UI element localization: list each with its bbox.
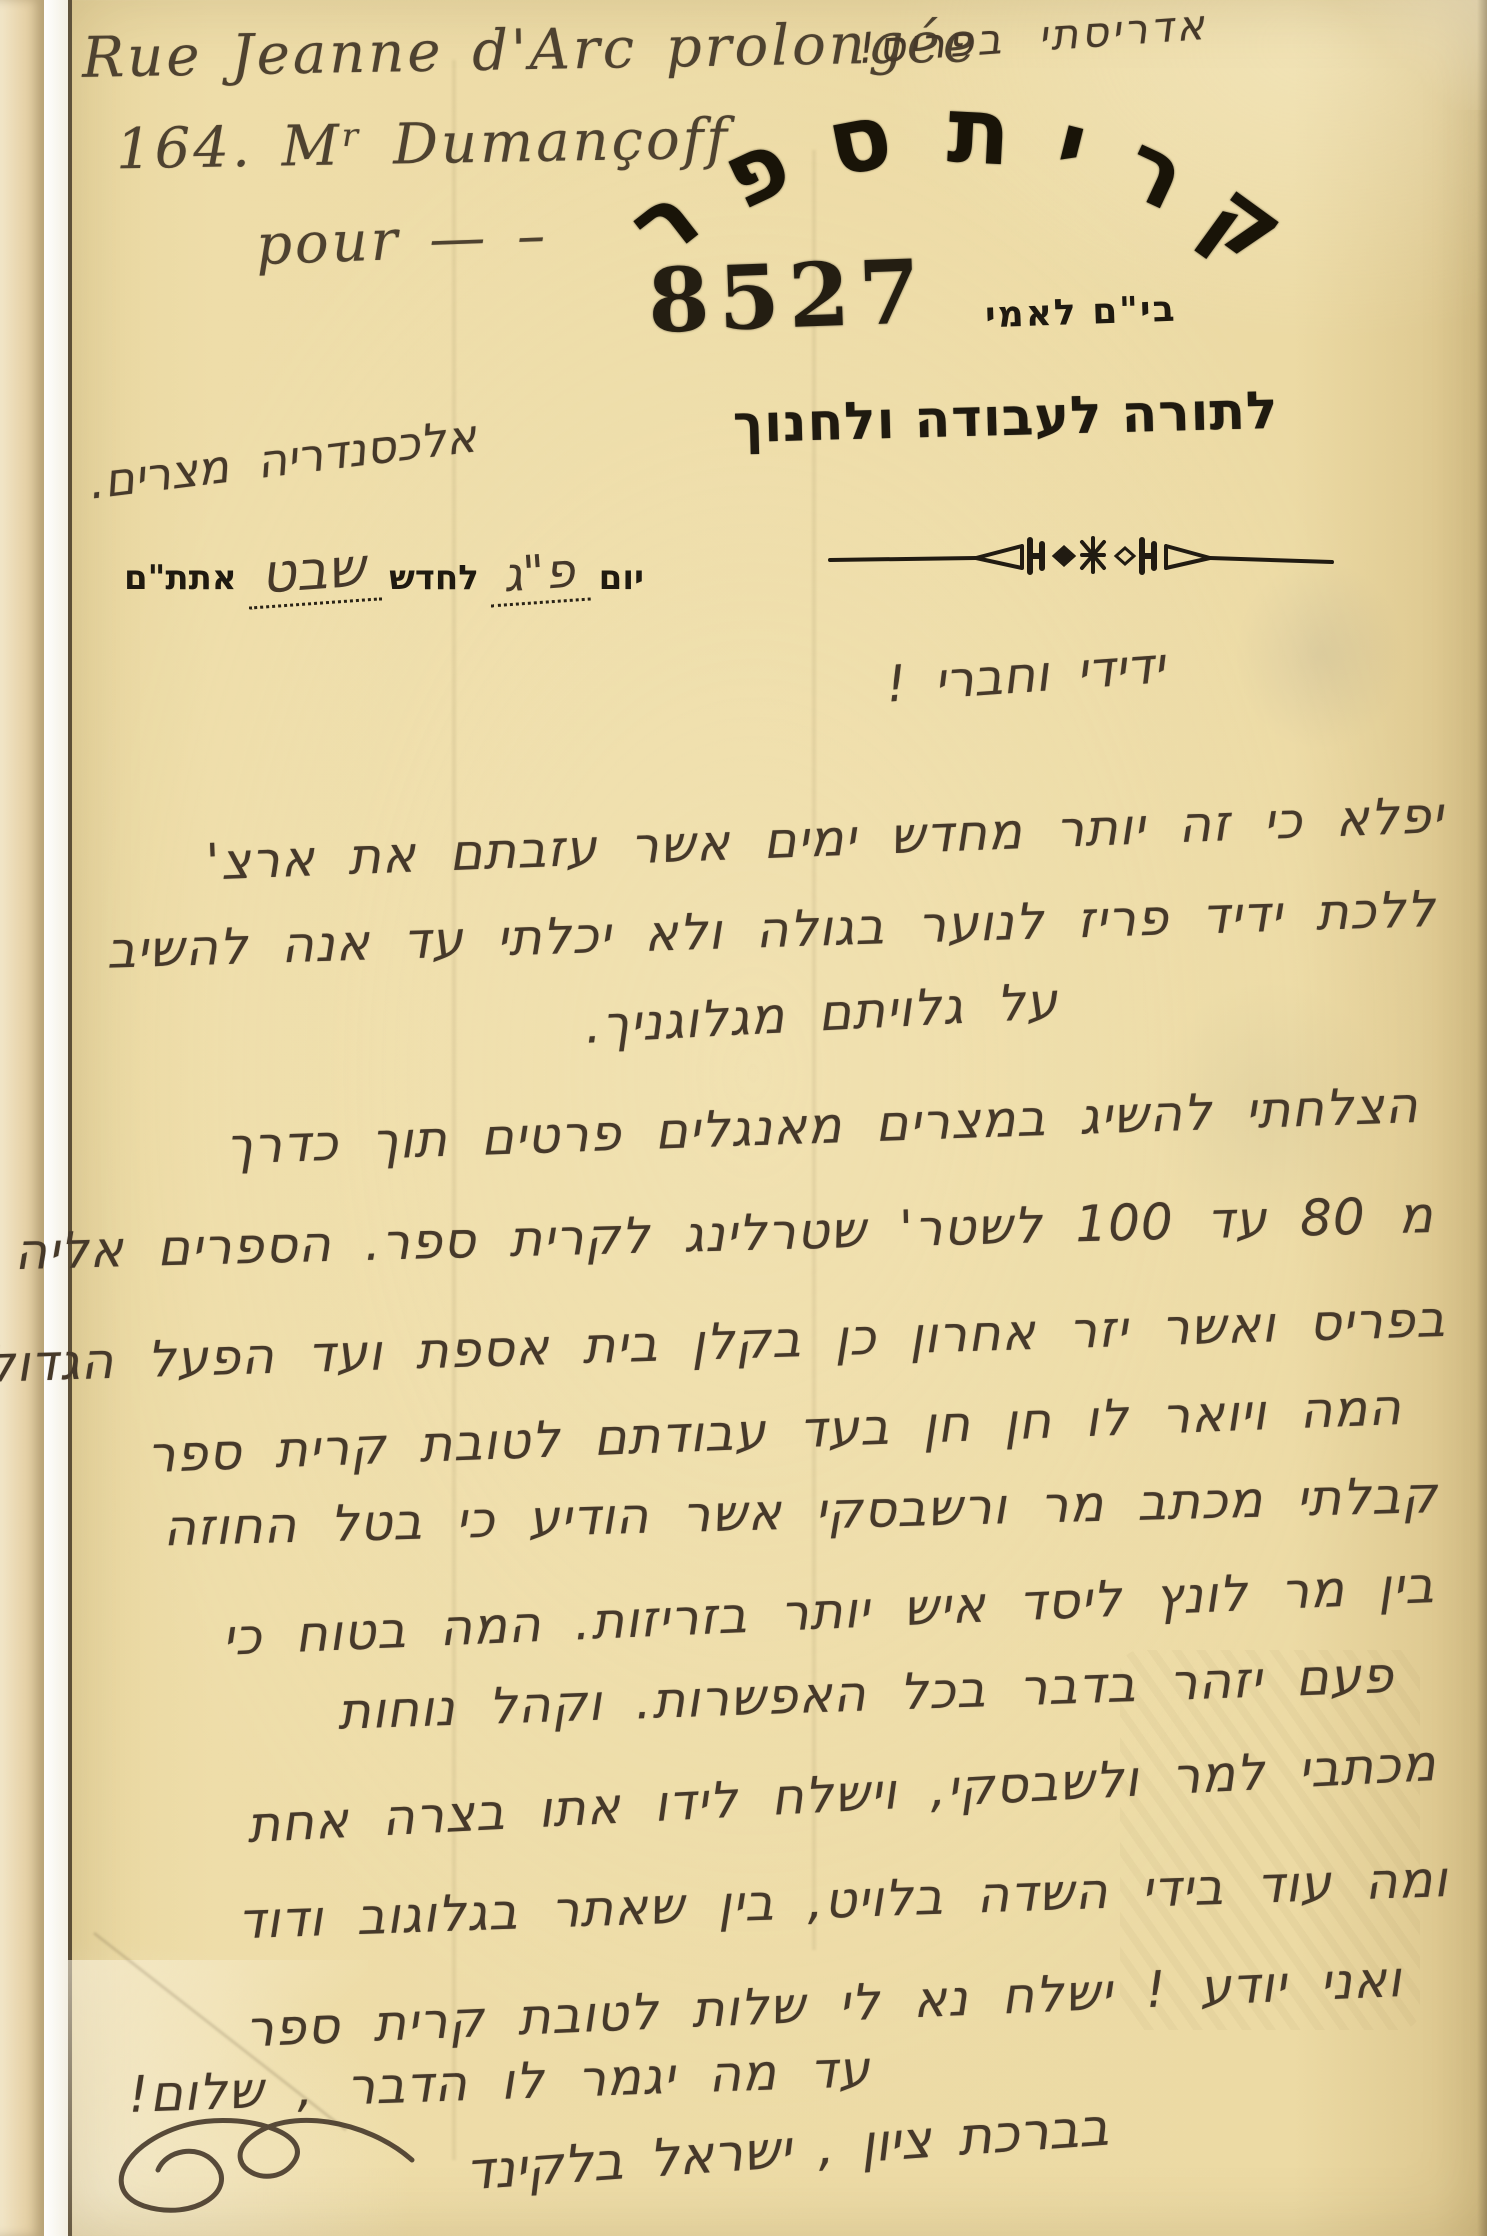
postcard-scan: Rue Jeanne d'Arc prolongée 164. Mʳ Duman… [0,0,1487,2236]
letterhead-title-letter: ת [945,76,1013,186]
day-label: יום [599,558,644,598]
french-address-line3: pour — – [255,203,549,278]
date-line: יום פ"ג לחדש שבט אתת"ם [64,544,644,605]
adjacent-page-edge [0,0,44,2236]
scan-gap [44,0,68,2236]
serial-number: 8527 [646,239,930,353]
letterhead-school-line: בי"ם לאמי [984,289,1177,337]
month-value-handwritten: שבט [245,539,381,609]
signature-flourish [82,2098,432,2236]
year-label: אתת"ם [124,558,237,598]
french-address-line2: 164. Mʳ Dumançoff [115,107,730,183]
ornament-divider-icon [826,522,1336,592]
month-label: לחדש [389,558,479,598]
paper-right-edge-shadow [1477,0,1487,2236]
corner-crease [1320,0,1487,110]
day-value-handwritten: פ"ג [487,546,590,608]
